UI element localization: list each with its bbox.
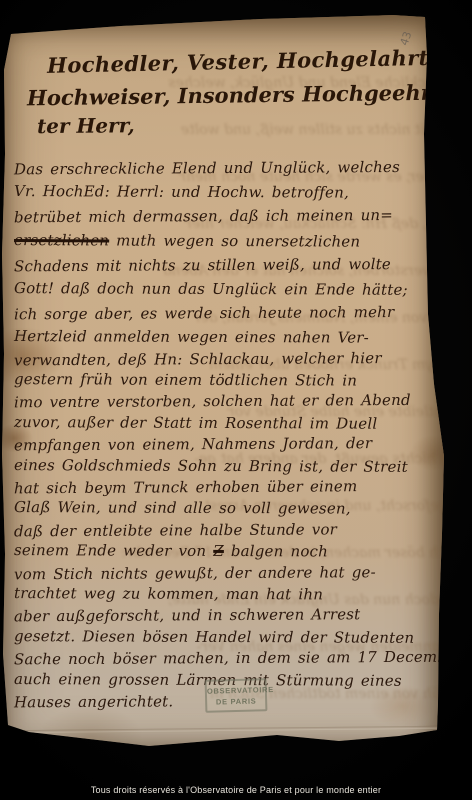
manuscript-line: seinem Ende weder von Z balgen noch (14, 542, 444, 565)
manuscript-page: Das erschreckliche Elend und Unglück, we… (1, 14, 447, 758)
copyright-caption: Tous droits réservés à l'Observatoire de… (0, 785, 472, 795)
paper-crease (1, 726, 441, 734)
manuscript-line: trachtet weg zu kommen, man hat ihn (14, 585, 444, 608)
manuscript-line: ersetzlichen muth wegen so unersetzliche… (14, 232, 444, 258)
manuscript-line: Sache noch böser machen, in dem sie am 1… (14, 649, 444, 673)
manuscript-line: Schadens mit nichts zu stillen weiß, und… (14, 255, 444, 282)
manuscript-line: betrübet mich dermassen, daß ich meinen … (14, 207, 444, 234)
stamp-line: OBSERVATOIRE (207, 685, 265, 696)
salutation-line: Hochweiser, Insonders Hochgeehr- (27, 79, 472, 111)
stamp-line: DE PARIS (207, 696, 265, 707)
struck-word: ersetzlichen (14, 231, 109, 249)
manuscript-line: zuvor, außer der Statt im Rosenthal im D… (14, 414, 444, 437)
archival-number-pencil: 2001 (18, 18, 48, 35)
line-text: balgen noch (231, 542, 328, 560)
struck-word: Z (213, 542, 224, 560)
manuscript-line: Glaß Wein, und sind alle so voll gewesen… (14, 499, 444, 522)
scan-viewport: Das erschreckliche Elend und Unglück, we… (0, 0, 472, 800)
salutation-line: Hochedler, Vester, Hochgelahrter, und (47, 43, 472, 78)
manuscript-line: eines Goldschmieds Sohn zu Bring ist, de… (14, 457, 444, 480)
line-text: seinem Ende weder von (14, 541, 206, 560)
salutation-line: ter Herr, (37, 110, 472, 138)
letter-body: Das erschreckliche Elend und Unglück, we… (14, 160, 444, 714)
letter-salutation: Hochedler, Vester, Hochgelahrter, und Ho… (15, 48, 472, 136)
line-text: muth wegen so unersetzlichen (116, 231, 360, 250)
observatoire-stamp: OBSERVATOIRE DE PARIS (205, 678, 268, 713)
